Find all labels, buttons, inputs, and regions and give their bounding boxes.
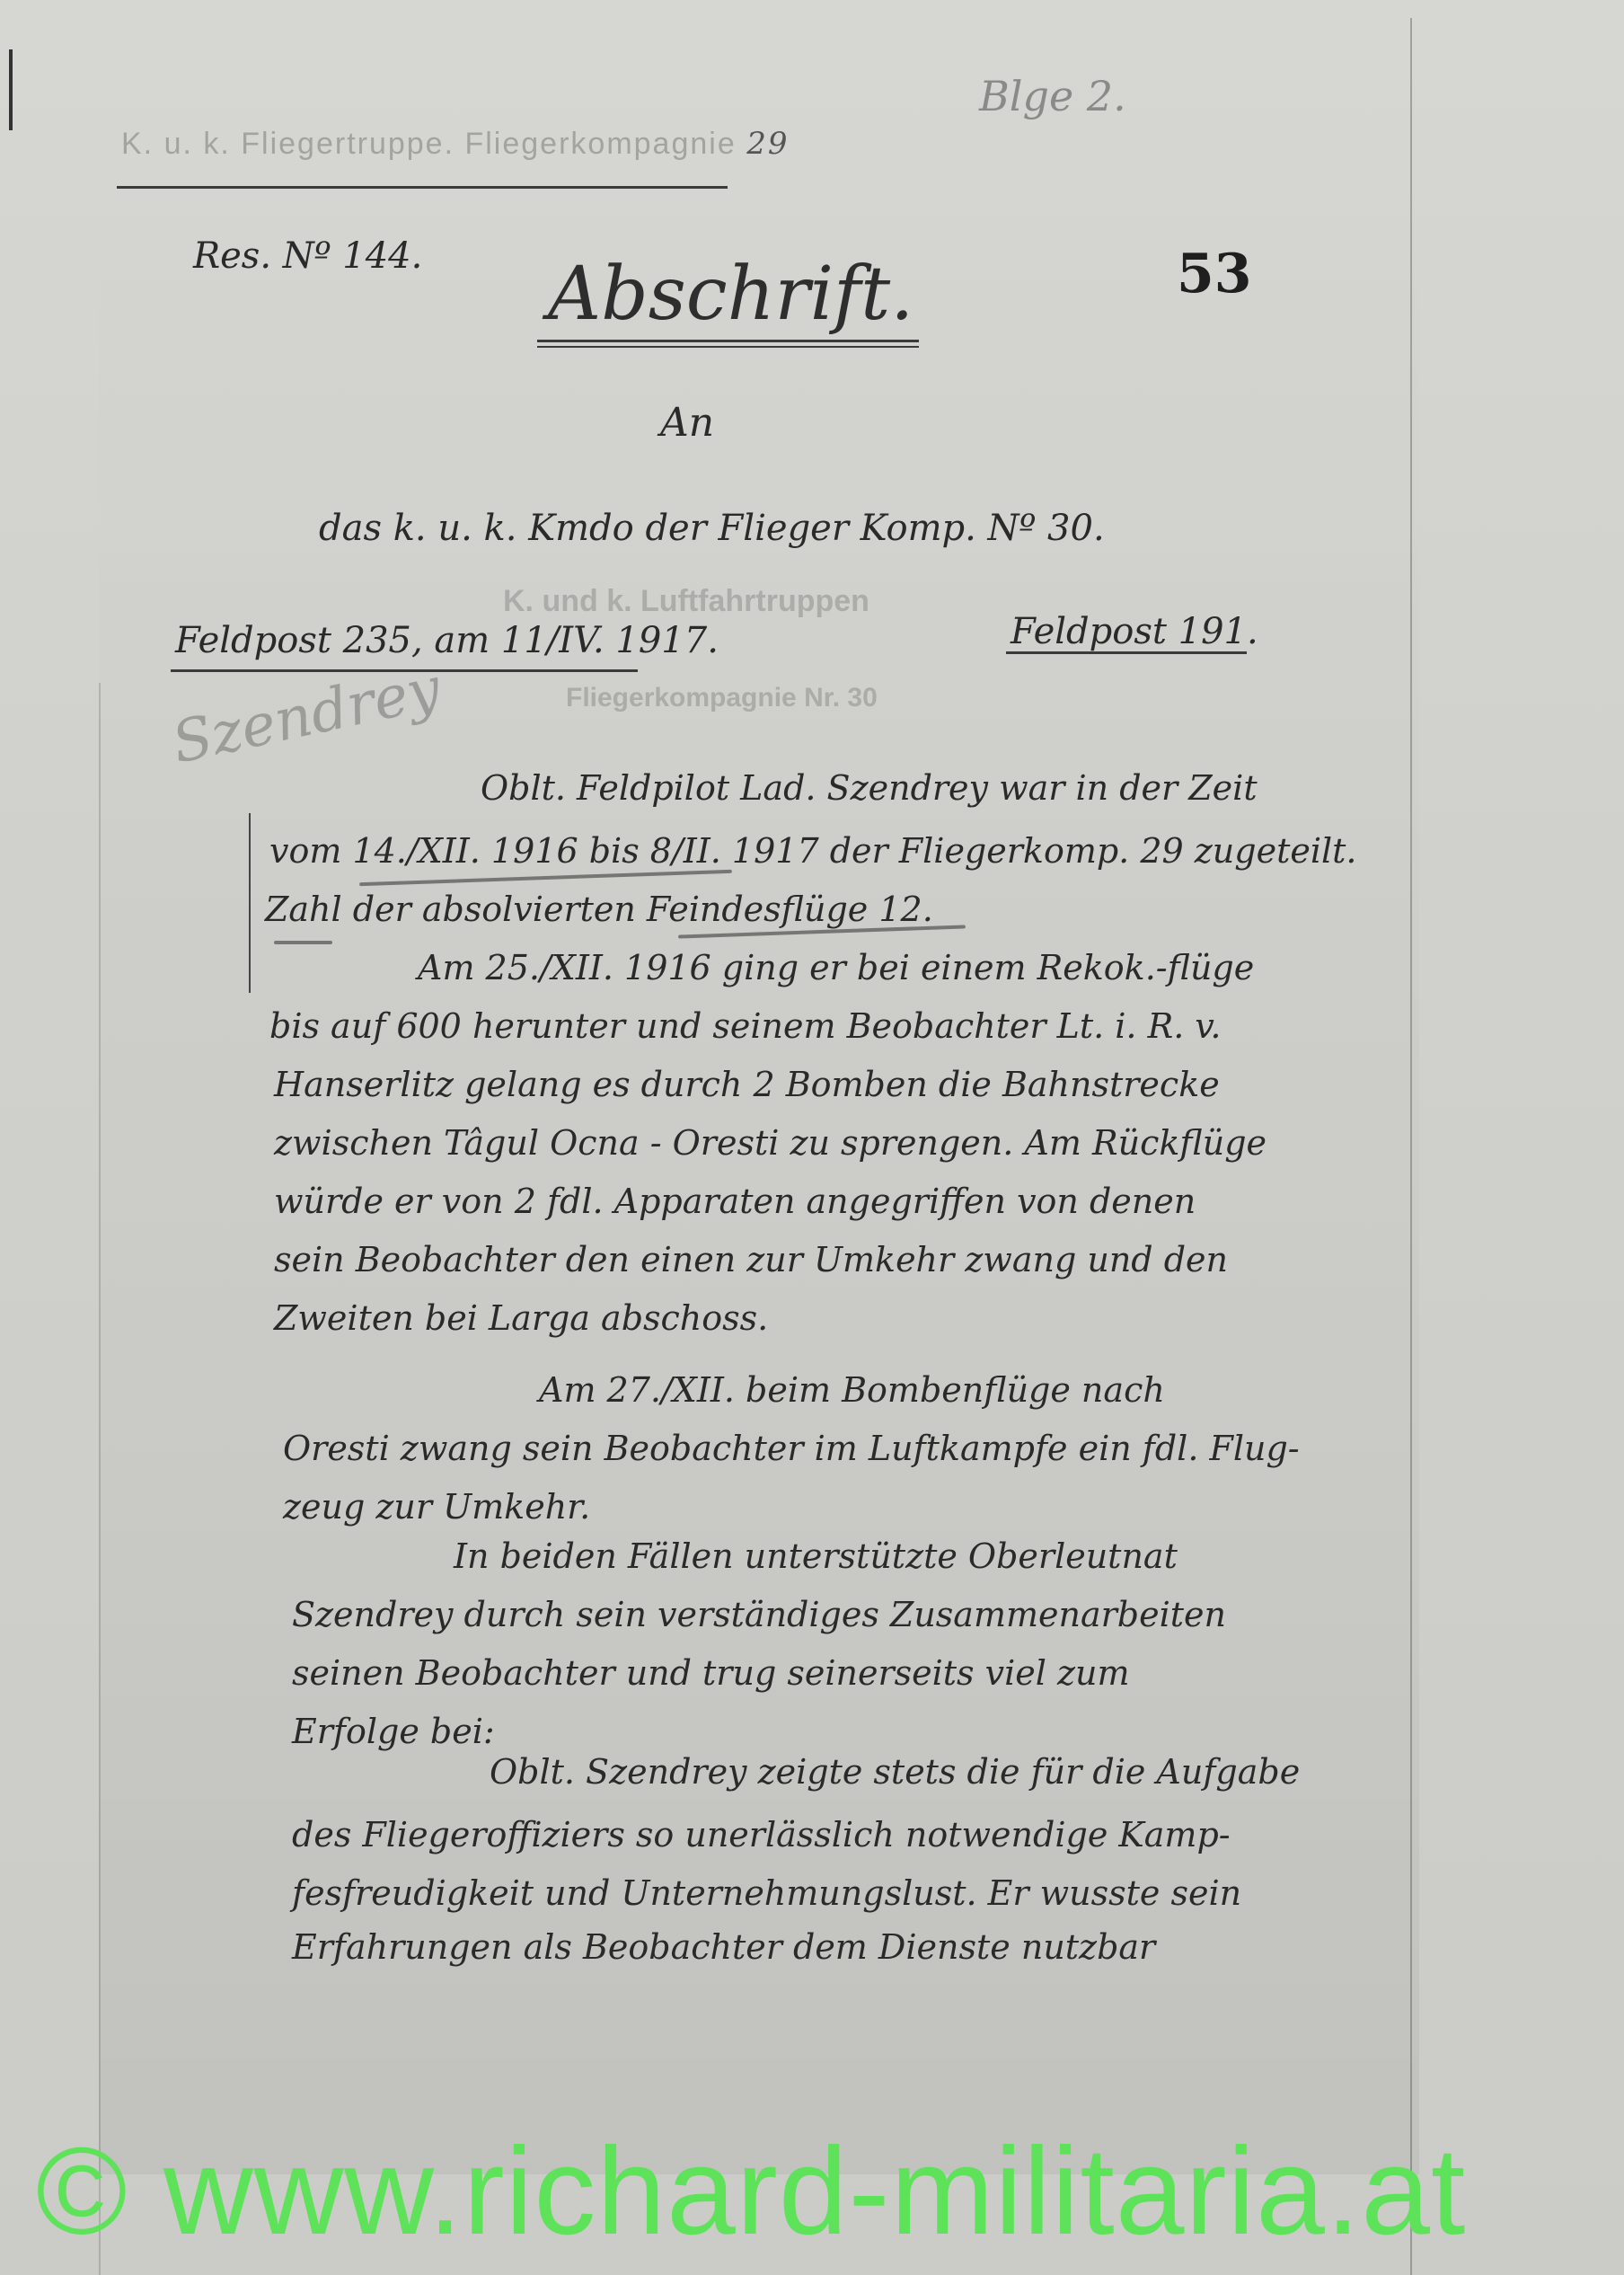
document-page: K. u. k. Fliegertruppe. Fliegerkompagnie…: [0, 0, 1624, 2275]
body-line-15: Szendrey durch sein verständiges Zusamme…: [292, 1595, 1226, 1634]
letterhead-text: K. u. k. Fliegertruppe. Fliegerkompagnie: [121, 127, 737, 161]
body-line-12: Oresti zwang sein Beobachter im Luftkamp…: [283, 1429, 1300, 1468]
addressee: das k. u. k. Kmdo der Flieger Komp. Nº 3…: [319, 508, 1105, 549]
recipient-feldpost: Feldpost 191.: [1011, 611, 1258, 652]
reference-number: Res. Nº 144.: [193, 235, 422, 277]
corner-mark: [9, 49, 13, 130]
body-line-2: vom 14./XII. 1916 bis 8/II. 1917 der Fli…: [269, 831, 1357, 871]
copy-edge-right: [1410, 18, 1412, 2275]
body-line-5: bis auf 600 herunter und seinem Beobacht…: [269, 1006, 1221, 1046]
body-line-7: zwischen Tâgul Ocna - Oresti zu sprengen…: [274, 1123, 1267, 1163]
body-line-8: würde er von 2 fdl. Apparaten angegriffe…: [274, 1182, 1196, 1221]
faint-stamp-line-2: Fliegerkompagnie Nr. 30: [566, 683, 878, 713]
body-line-13: zeug zur Umkehr.: [283, 1487, 590, 1527]
letterhead: K. u. k. Fliegertruppe. Fliegerkompagnie…: [121, 126, 789, 162]
body-line-19: des Fliegeroffiziers so unerlässlich not…: [292, 1815, 1231, 1855]
body-line-10: Zweiten bei Larga abschoss.: [274, 1298, 768, 1338]
pencil-underline-zahl: [274, 941, 332, 944]
body-line-4: Am 25./XII. 1916 ging er bei einem Rekok…: [418, 948, 1254, 987]
margin-line-left: [99, 683, 101, 2275]
body-line-14: In beiden Fällen unterstützte Oberleutna…: [454, 1536, 1178, 1576]
title-underline-2: [537, 346, 919, 348]
body-line-18: Oblt. Szendrey zeigte stets die für die …: [490, 1752, 1300, 1792]
body-line-6: Hanserlitz gelang es durch 2 Bomben die …: [274, 1065, 1220, 1104]
salutation: An: [660, 400, 714, 446]
faint-stamp-line-1: K. und k. Luftfahrtruppen: [503, 584, 869, 619]
copyright-watermark: © www.richard-militaria.at: [36, 2120, 1466, 2263]
annex-note: Blge 2.: [979, 72, 1126, 120]
body-line-1: Oblt. Feldpilot Lad. Szendrey war in der…: [481, 768, 1258, 808]
page-stamp-number: 53: [1177, 243, 1252, 305]
body-line-20: fesfreudigkeit und Unternehmungslust. Er…: [292, 1873, 1241, 1913]
body-line-3: Zahl der absolvierten Feindesflüge 12.: [265, 890, 933, 929]
sender-feldpost-underline: [171, 669, 638, 672]
letterhead-rule: [117, 186, 728, 189]
body-line-21: Erfahrungen als Beobachter dem Dienste n…: [292, 1927, 1155, 1967]
body-line-11: Am 27./XII. beim Bombenflüge nach: [539, 1370, 1165, 1410]
recipient-feldpost-underline: [1006, 651, 1247, 654]
body-line-16: seinen Beobachter und trug seinerseits v…: [292, 1653, 1129, 1693]
margin-bracket: [249, 813, 251, 993]
body-line-9: sein Beobachter den einen zur Umkehr zwa…: [274, 1240, 1228, 1279]
body-line-17: Erfolge bei:: [292, 1712, 495, 1751]
sender-feldpost: Feldpost 235, am 11/IV. 1917.: [175, 620, 719, 661]
document-title: Abschrift.: [548, 252, 913, 337]
letterhead-number: 29: [746, 126, 789, 162]
title-underline-1: [537, 340, 919, 342]
